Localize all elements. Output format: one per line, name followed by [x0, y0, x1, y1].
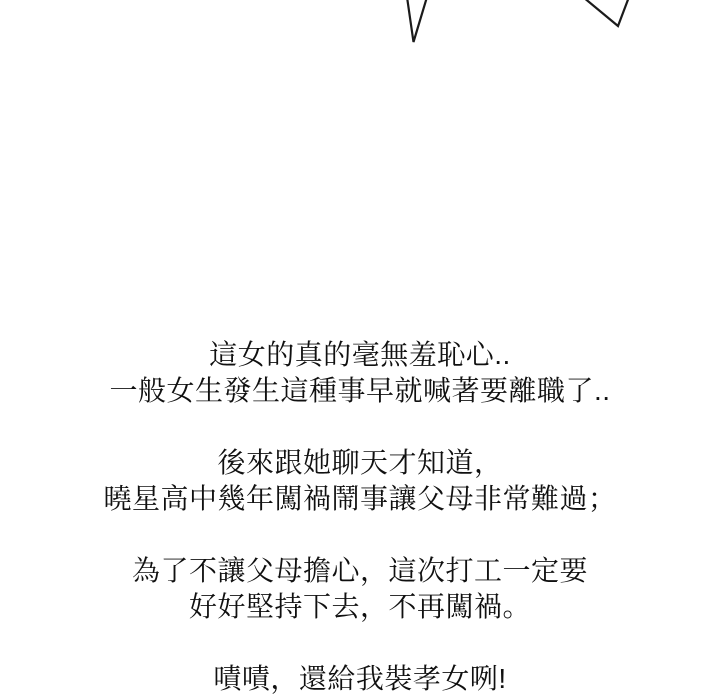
- narration-line: 嘖嘖，還給我裝孝女咧!: [0, 661, 720, 697]
- burst-bubble-tail-right: [583, 0, 629, 26]
- narration-text-block: 這女的真的毫無羞恥心.. 一般女生發生這種事早就喊著要離職了.. 後來跟她聊天才…: [0, 337, 720, 697]
- narration-paragraph-3: 為了不讓父母擔心，這次打工一定要 好好堅持下去，不再闖禍。: [0, 553, 720, 625]
- narration-line: 曉星高中幾年闖禍鬧事讓父母非常難過；: [0, 481, 720, 517]
- burst-bubble-tails: [0, 0, 720, 50]
- narration-paragraph-4: 嘖嘖，還給我裝孝女咧!: [0, 661, 720, 697]
- narration-paragraph-1: 這女的真的毫無羞恥心.. 一般女生發生這種事早就喊著要離職了..: [0, 337, 720, 409]
- narration-line: 一般女生發生這種事早就喊著要離職了..: [0, 373, 720, 409]
- narration-line: 為了不讓父母擔心，這次打工一定要: [0, 553, 720, 589]
- narration-line: 這女的真的毫無羞恥心..: [0, 337, 720, 373]
- comic-panel: 這女的真的毫無羞恥心.. 一般女生發生這種事早就喊著要離職了.. 後來跟她聊天才…: [0, 0, 720, 700]
- burst-bubble-tail-left: [407, 0, 427, 42]
- narration-line: 後來跟她聊天才知道，: [0, 445, 720, 481]
- narration-line: 好好堅持下去，不再闖禍。: [0, 589, 720, 625]
- narration-paragraph-2: 後來跟她聊天才知道， 曉星高中幾年闖禍鬧事讓父母非常難過；: [0, 445, 720, 517]
